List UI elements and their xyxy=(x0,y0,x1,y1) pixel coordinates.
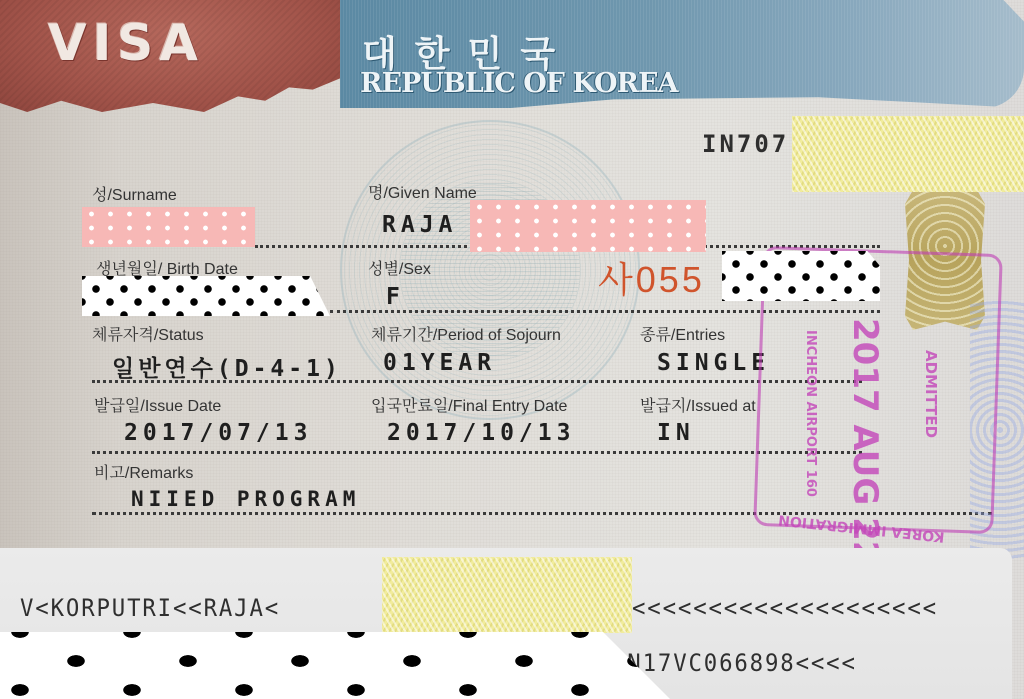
redaction-control-number xyxy=(722,251,880,301)
mrz-line1-start: V<KORPUTRI<<RAJA< xyxy=(20,594,280,622)
birth-date-label: 생년월일/ Birth Date xyxy=(96,256,238,279)
redaction-mrz-line1 xyxy=(382,557,632,633)
row-divider xyxy=(92,380,862,383)
sex-value: F xyxy=(386,284,405,310)
mrz-line2-end: IN17VC066898<<<< xyxy=(612,649,857,677)
final-entry-date-label: 입국만료일/Final Entry Date xyxy=(371,393,567,416)
issued-at-value: IN xyxy=(657,420,695,446)
control-number: 사055 xyxy=(598,252,705,303)
mrz-line1-end: <<<<<<<<<<<<<<<<<<<< xyxy=(632,594,938,622)
remarks-label: 비고/Remarks xyxy=(94,460,193,483)
surname-label: 성/Surname xyxy=(92,182,177,205)
given-name-value: RAJA xyxy=(382,212,457,238)
issue-date-value: 2017/07/13 xyxy=(124,420,312,446)
country-name-english: REPUBLIC OF KOREA xyxy=(360,68,678,99)
row-divider xyxy=(92,451,862,454)
remarks-value: NIIED PROGRAM xyxy=(131,487,360,511)
redaction-surname xyxy=(82,207,255,247)
visa-title: VISA xyxy=(48,14,204,72)
entries-value: SINGLE xyxy=(657,350,770,376)
redaction-given-name xyxy=(470,200,706,252)
stamp-airport: INCHEON AIRPORT 160 xyxy=(803,330,818,497)
stamp-status: ADMITTED xyxy=(922,350,940,438)
given-name-label: 명/Given Name xyxy=(368,180,477,203)
visa-serial-number: IN707 xyxy=(702,130,789,158)
status-label: 체류자격/Status xyxy=(92,322,204,345)
sex-label: 성별/Sex xyxy=(368,256,431,279)
period-label: 체류기간/Period of Sojourn xyxy=(371,322,561,345)
status-value: 일반연수(D-4-1) xyxy=(112,350,342,383)
issue-date-label: 발급일/Issue Date xyxy=(94,393,221,416)
redaction-mrz-line2 xyxy=(0,632,670,699)
final-entry-date-value: 2017/10/13 xyxy=(387,420,575,446)
entries-label: 종류/Entries xyxy=(640,322,725,345)
redaction-serial xyxy=(792,116,1024,192)
visa-page: VISA 대한민국 REPUBLIC OF KOREA IN707 성/Surn… xyxy=(0,0,1024,699)
redaction-birth-date xyxy=(82,276,330,316)
period-value: 01YEAR xyxy=(383,350,496,376)
issued-at-label: 발급지/Issued at xyxy=(640,393,756,416)
